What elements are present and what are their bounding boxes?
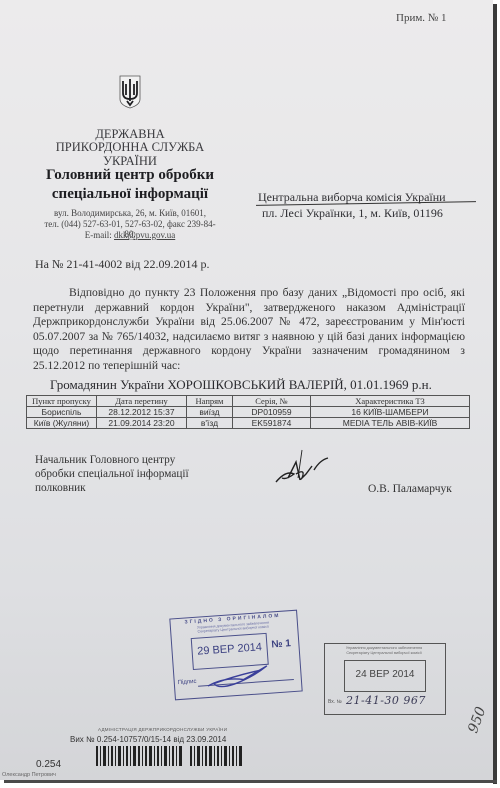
column-header: Характеристика ТЗ bbox=[311, 396, 470, 407]
body-paragraph: Відповідно до пункту 23 Положення про ба… bbox=[33, 286, 465, 374]
stamp-date: 29 ВЕР 2014 bbox=[192, 641, 267, 658]
barcode-icon bbox=[96, 746, 244, 766]
stamp-subtitle: Управління документального забезпечення … bbox=[328, 646, 440, 656]
handwritten-signature-icon bbox=[272, 448, 332, 488]
executor-name: Олександр Петрович bbox=[2, 772, 56, 778]
outgoing-org: АДМІНІСТРАЦІЯ ДЕРЖПРИКОРДОНСЛУЖБИ УКРАЇН… bbox=[98, 727, 227, 732]
email-label: E-mail: bbox=[85, 230, 114, 240]
signer-title-line2: обробки спеціальної інформації bbox=[35, 467, 189, 481]
table-cell: виїзд bbox=[187, 407, 233, 418]
incoming-registration-stamp: Управління документального забезпечення … bbox=[324, 643, 446, 715]
recipient-address: пл. Лесі Українки, 1, м. Київ, 01196 bbox=[262, 206, 443, 221]
table-cell: 21.09.2014 23:20 bbox=[97, 418, 187, 429]
dept-name-line2: спеціальної інформації bbox=[40, 186, 220, 203]
outgoing-short-code: 0.254 bbox=[36, 759, 61, 770]
table-cell: 16 КИЇВ-ШАМБЕРИ bbox=[311, 407, 470, 418]
signer-name: О.В. Паламарчук bbox=[368, 483, 452, 495]
table-cell: DP010959 bbox=[233, 407, 311, 418]
column-header: Напрям bbox=[187, 396, 233, 407]
table-cell: EK591874 bbox=[233, 418, 311, 429]
document-page: Прим. № 1 ДЕРЖАВНА ПРИКОРДОННА СЛУЖБА УК… bbox=[0, 0, 493, 780]
table-cell: 28.12.2012 15:37 bbox=[97, 407, 187, 418]
attachment-label: Прим. № 1 bbox=[396, 12, 447, 24]
table-header-row: Пункт пропуску Дата перетину Напрям Сері… bbox=[27, 396, 470, 407]
column-header: Пункт пропуску bbox=[27, 396, 97, 407]
stamp-number: № 1 bbox=[271, 638, 291, 650]
stamp-date-box: 24 ВЕР 2014 bbox=[344, 660, 426, 692]
signer-title-line3: полковник bbox=[35, 481, 189, 495]
table-cell: Київ (Жуляни) bbox=[27, 418, 97, 429]
signer-title: Начальник Головного центру обробки спеці… bbox=[35, 453, 189, 495]
ukraine-trident-emblem-icon bbox=[119, 75, 141, 109]
sender-address: вул. Володимирська, 26, м. Київ, 01601, bbox=[40, 208, 220, 218]
incoming-number: 21-41-30 967 bbox=[346, 694, 426, 707]
stamp-date: 24 ВЕР 2014 bbox=[345, 669, 425, 680]
citizen-line: Громадянин України ХОРОШКОВСЬКИЙ ВАЛЕРІЙ… bbox=[50, 377, 432, 393]
page-edge-shadow bbox=[4, 780, 497, 783]
column-header: Серія, № bbox=[233, 396, 311, 407]
copy-certified-stamp: ЗГІДНО З ОРИГІНАЛОМ Управління документа… bbox=[169, 610, 302, 701]
handwritten-margin-note: 950 bbox=[465, 705, 489, 736]
table-cell: MEDIA ТЕЛЬ АВІВ-КИЇВ bbox=[311, 418, 470, 429]
border-crossing-table: Пункт пропуску Дата перетину Напрям Сері… bbox=[26, 395, 470, 429]
signer-title-line1: Начальник Головного центру bbox=[35, 453, 189, 467]
table-row: Київ (Жуляни) 21.09.2014 23:20 в'їзд EK5… bbox=[27, 418, 470, 429]
incoming-label: Вх. № bbox=[328, 699, 342, 705]
table-cell: Бориспіль bbox=[27, 407, 97, 418]
sender-email-line: E-mail: dkk@pvu.gov.ua bbox=[40, 230, 220, 240]
table-row: Бориспіль 28.12.2012 15:37 виїзд DP01095… bbox=[27, 407, 470, 418]
reference-number: На № 21-41-4002 від 22.09.2014 р. bbox=[35, 257, 210, 272]
column-header: Дата перетину bbox=[97, 396, 187, 407]
email-link[interactable]: dkk@pvu.gov.ua bbox=[114, 230, 175, 240]
stamp-signature-scribble-icon bbox=[203, 663, 275, 692]
stamp-subtitle-line2: Секретаріату Центральної виборчої комісі… bbox=[328, 651, 440, 656]
table-cell: в'їзд bbox=[187, 418, 233, 429]
dept-name-line1: Головний центр обробки bbox=[40, 167, 220, 184]
page-edge-shadow bbox=[493, 4, 497, 784]
outgoing-number: Вих № 0.254-10757/0/15-14 від 23.09.2014 bbox=[70, 735, 226, 744]
org-name-line2: ПРИКОРДОННА СЛУЖБА bbox=[40, 140, 220, 155]
